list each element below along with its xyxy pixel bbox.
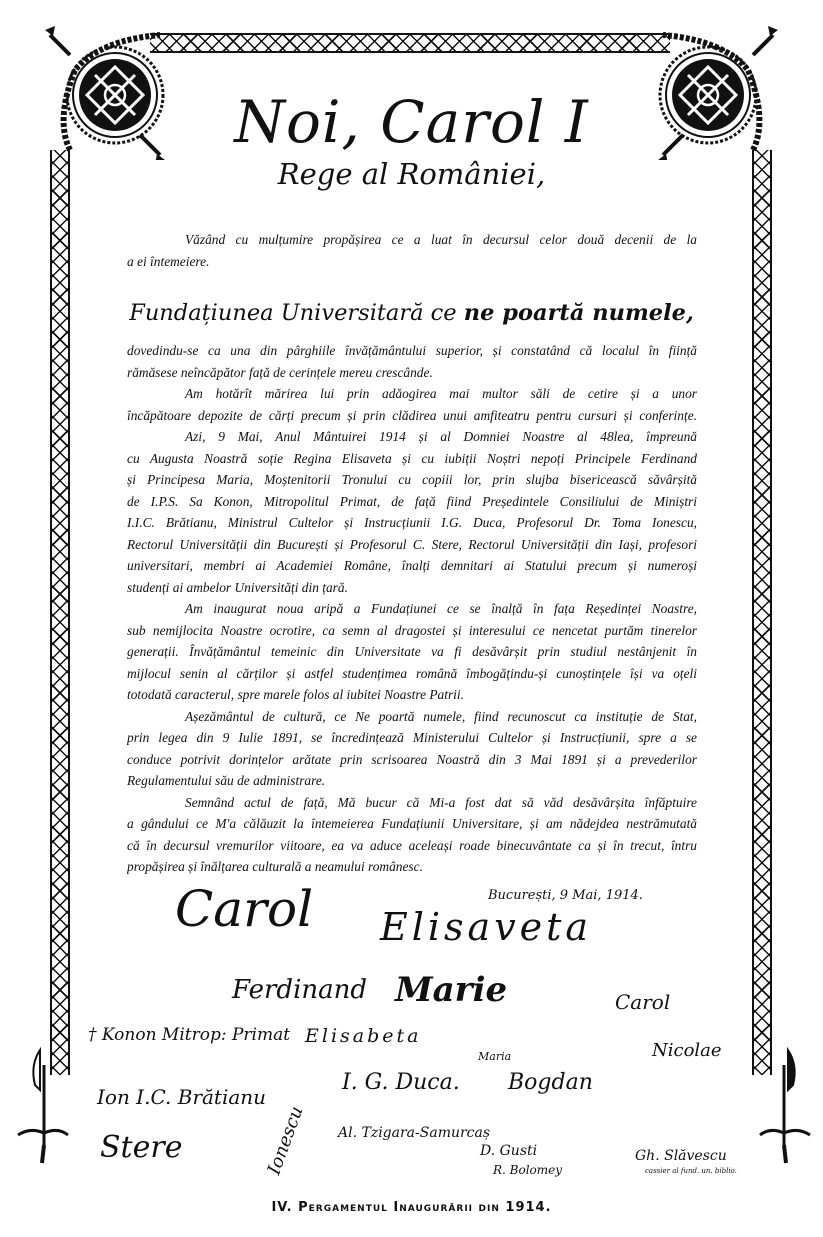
text-line: a gândului ce M'a călăuzit la întemeiere… [127, 813, 697, 835]
text-line: universitari, membri ai Academiei Române… [127, 555, 697, 577]
intro-paragraph: Văzând cu mulțumire propășirea ce a luat… [127, 229, 697, 272]
sword-ornament-icon [758, 1045, 818, 1165]
right-braided-border [752, 150, 772, 1075]
signature-carol-prince: Carol [615, 990, 670, 1014]
text-line: generații. Învățământul temeinic din Uni… [127, 641, 697, 663]
text-line: mijlocul senin al cărților și astfel stu… [127, 663, 697, 685]
signature-nicolae: Nicolae [652, 1040, 722, 1061]
document-title: Noi, Carol I [0, 88, 823, 156]
signature-slavescu-note: cassier al fund. un. biblio. [645, 1167, 737, 1175]
signature-bolomey: R. Bolomey [493, 1163, 562, 1177]
signature-ferdinand: Ferdinand [232, 975, 367, 1005]
sword-ornament-icon [10, 1045, 70, 1165]
text-line: Azi, 9 Mai, Anul Mântuirei 1914 și al Do… [127, 426, 697, 448]
place-date: București, 9 Mai, 1914. [488, 888, 643, 903]
text-line: Văzând cu mulțumire propășirea ce a luat… [127, 229, 697, 251]
text-line: rămăsese neîncăpător față de cerințele m… [127, 362, 697, 384]
text-line: a ei întemeiere. [127, 251, 697, 273]
signature-bratianu: Ion I.C. Brătianu [97, 1085, 266, 1109]
signature-stere: Stere [100, 1130, 182, 1165]
text-line: totodată caracterul, spre marele folos a… [127, 684, 697, 706]
top-braided-border [150, 33, 670, 53]
heading-part-1: Fundațiunea Universitară ce [129, 300, 464, 326]
text-line: că în decursul vremurilor viitoare, ea v… [127, 835, 697, 857]
signature-elisabeta: Elisabeta [305, 1025, 421, 1047]
text-line: propășirea și înălțarea culturală a neam… [127, 856, 697, 878]
text-line: Am hotărît mărirea lui prin adăogirea ma… [127, 383, 697, 405]
signature-konon: † Konon Mitrop: Primat [88, 1025, 290, 1045]
signature-gusti: D. Gusti [480, 1143, 537, 1159]
heading-part-2: ne poartă numele, [464, 300, 694, 326]
text-line: încăpătoare depozite de cărți precum și … [127, 405, 697, 427]
text-line: I.I.C. Brătianu, Ministrul Cultelor și I… [127, 512, 697, 534]
signature-maria: Maria [478, 1050, 511, 1063]
document-subtitle: Rege al României, [0, 157, 823, 191]
text-line: Rectorul Universității din București și … [127, 534, 697, 556]
parchment-page: Noi, Carol I Rege al României, Văzând cu… [0, 0, 823, 1237]
foundation-heading: Fundațiunea Universitară ce ne poartă nu… [0, 300, 823, 326]
text-line: conduce potrivit dorințelor arătate prin… [127, 749, 697, 771]
signature-bogdan: Bogdan [508, 1070, 593, 1095]
figure-caption: IV. Pergamentul Inaugurării din 1914. [0, 1200, 823, 1215]
text-line: Regulamentului său de administrare. [127, 770, 697, 792]
text-line: dovedindu-se ca una din pârghiile învăță… [127, 340, 697, 362]
text-line: și Principesa Maria, Moștenitorii Tronul… [127, 469, 697, 491]
signature-tzigara-samurcas: Al. Tzigara-Samurcaș [338, 1125, 490, 1141]
signature-marie: Marie [395, 970, 507, 1010]
left-braided-border [50, 150, 70, 1075]
signature-duca: I. G. Duca. [342, 1070, 460, 1095]
text-line: prin legea din 9 Iulie 1891, se încredin… [127, 727, 697, 749]
text-line: de I.P.S. Sa Konon, Mitropolitul Primat,… [127, 491, 697, 513]
text-line: Așezământul de cultură, ce Ne poartă num… [127, 706, 697, 728]
text-line: Am inaugurat noua aripă a Fundațiunei ce… [127, 598, 697, 620]
body-paragraphs: dovedindu-se ca una din pârghiile învăță… [127, 340, 697, 878]
text-line: sub nemijlocita Noastre ocrotire, ca sem… [127, 620, 697, 642]
signature-slavescu: Gh. Slăvescu [635, 1148, 727, 1164]
text-line: cu Augusta Noastră soție Regina Elisavet… [127, 448, 697, 470]
signature-carol: Carol [175, 880, 313, 938]
signature-ionescu: Ionescu [264, 1103, 308, 1177]
text-line: Semnând actul de față, Mă bucur că Mi-a … [127, 792, 697, 814]
signature-elisaveta: Elisaveta [380, 905, 592, 949]
text-line: studenți ai ambelor Universități din țar… [127, 577, 697, 599]
